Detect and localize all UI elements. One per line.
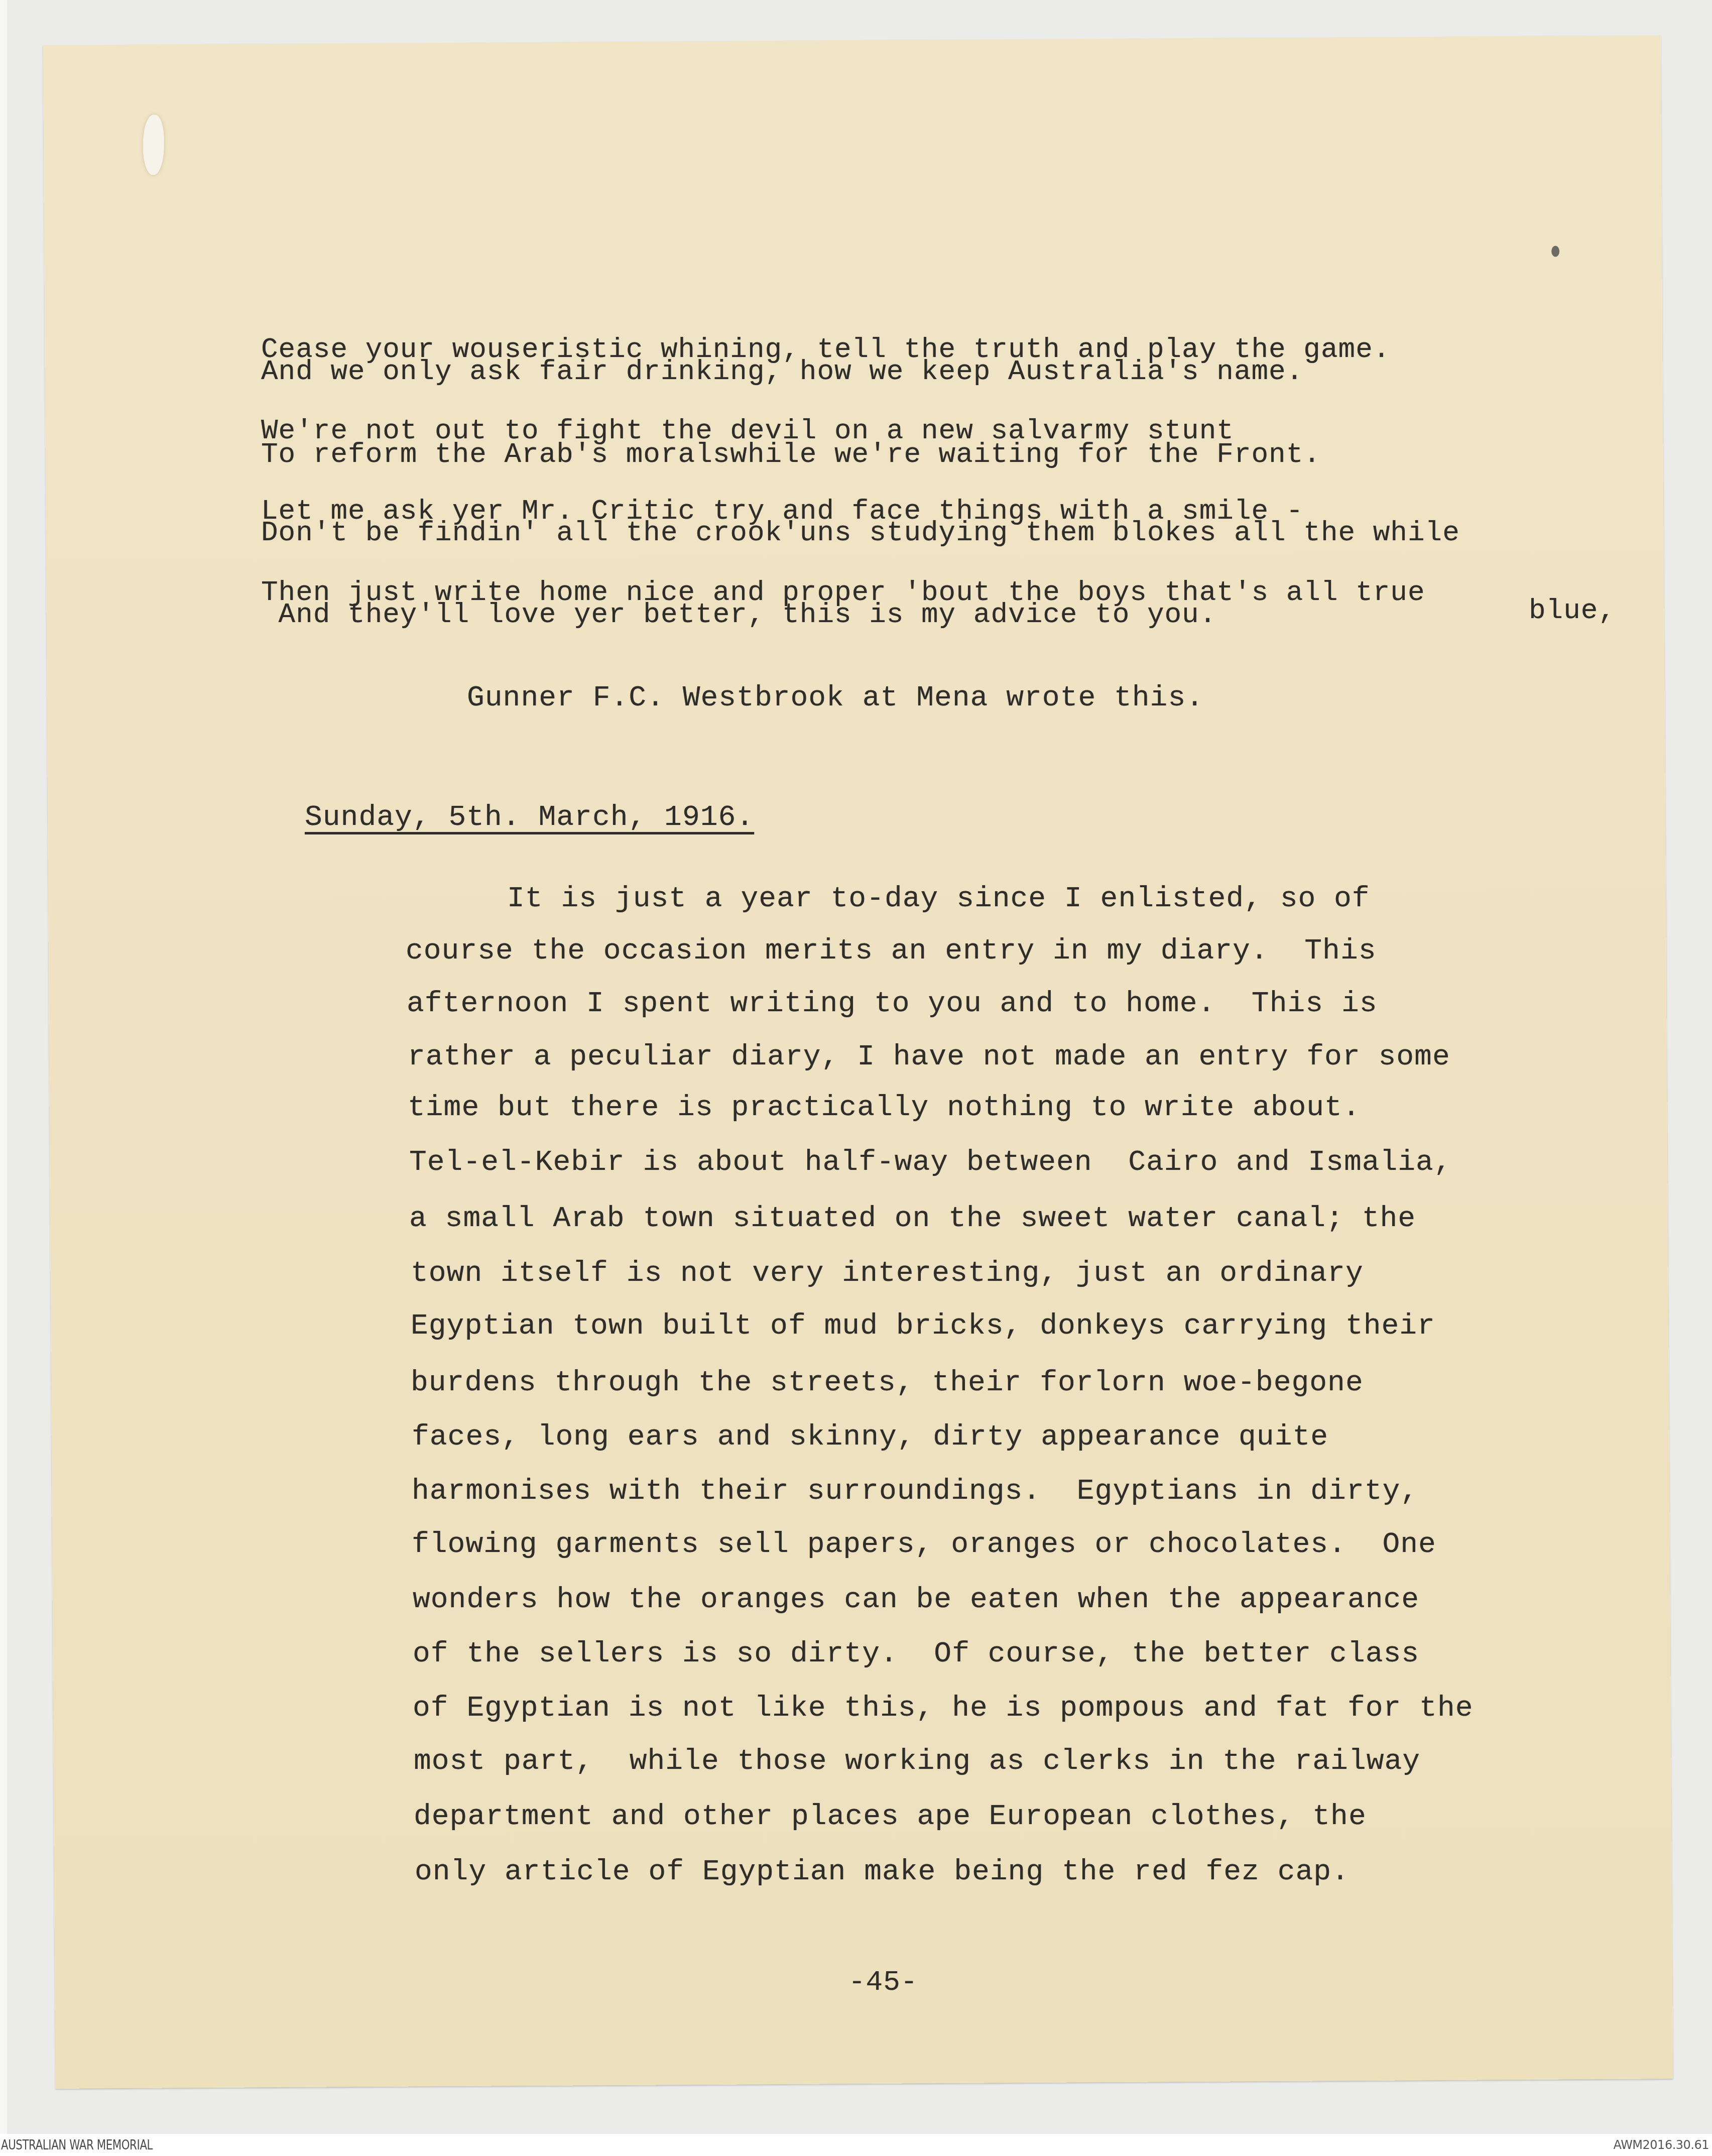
poem-line: And they'll love yer better, this is my … bbox=[261, 601, 1216, 629]
accession-number: AWM2016.30.61 bbox=[1614, 2138, 1709, 2152]
body-text-line: a small Arab town situated on the sweet … bbox=[409, 1205, 1416, 1234]
poem-line: And we only ask fair drinking, how we ke… bbox=[261, 357, 1303, 386]
diary-entry-heading: Sunday, 5th. March, 1916. bbox=[305, 803, 754, 832]
body-text-line: of Egyptian is not like this, he is pomp… bbox=[413, 1694, 1474, 1723]
body-text-line: burdens through the streets, their forlo… bbox=[411, 1369, 1364, 1398]
poem-line: To reform the Arab's moralswhile we're w… bbox=[261, 440, 1321, 468]
body-text-line: rather a peculiar diary, I have not made… bbox=[408, 1043, 1450, 1072]
institution-label: AUSTRALIAN WAR MEMORIAL bbox=[1, 2138, 153, 2153]
punch-hole bbox=[143, 114, 164, 175]
poem-attribution: Gunner F.C. Westbrook at Mena wrote this… bbox=[467, 684, 1204, 713]
poem-line: blue, bbox=[1529, 596, 1616, 625]
body-text-line: It is just a year to-day since I enliste… bbox=[507, 885, 1370, 914]
body-text-line: only article of Egyptian make being the … bbox=[415, 1858, 1350, 1887]
body-text-line: time but there is practically nothing to… bbox=[408, 1094, 1361, 1123]
body-text-line: town itself is not very interesting, jus… bbox=[411, 1259, 1364, 1288]
body-text-line: faces, long ears and skinny, dirty appea… bbox=[412, 1423, 1328, 1452]
body-text-line: of the sellers is so dirty. Of course, t… bbox=[413, 1640, 1419, 1669]
body-text-line: Egyptian town built of mud bricks, donke… bbox=[411, 1312, 1435, 1341]
poem-line: Don't be findin' all the crook'uns study… bbox=[261, 519, 1460, 547]
page-number: -45- bbox=[848, 1968, 918, 1996]
ink-speck bbox=[1551, 246, 1559, 257]
body-text-line: course the occasion merits an entry in m… bbox=[406, 937, 1377, 966]
body-text-line: wonders how the oranges can be eaten whe… bbox=[413, 1586, 1419, 1615]
body-text-line: department and other places ape European… bbox=[414, 1803, 1367, 1832]
scan-edge bbox=[0, 0, 7, 2134]
body-text-line: harmonises with their surroundings. Egyp… bbox=[412, 1477, 1418, 1506]
body-text-line: most part, while those working as clerks… bbox=[414, 1747, 1420, 1776]
body-text-line: flowing garments sell papers, oranges or… bbox=[412, 1530, 1436, 1560]
body-text-line: afternoon I spent writing to you and to … bbox=[407, 990, 1378, 1019]
body-text-line: Tel-el-Kebir is about half-way between C… bbox=[409, 1148, 1452, 1177]
